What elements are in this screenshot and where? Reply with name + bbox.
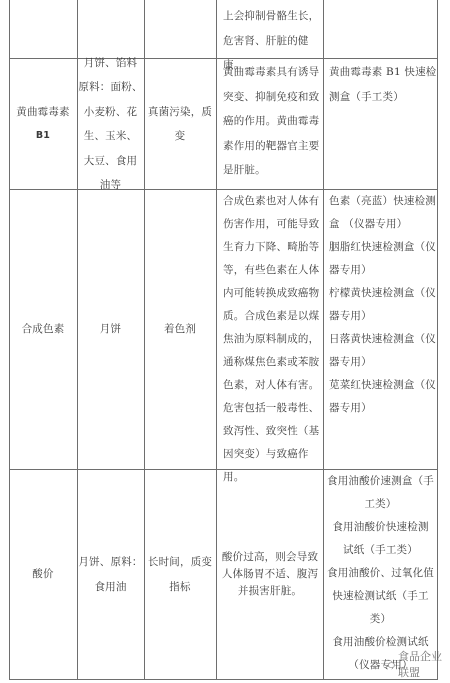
food-line: 月饼: [100, 317, 121, 342]
item-name: B1: [36, 124, 50, 149]
item-name: 合成色素: [22, 317, 65, 342]
item-name: 黄曲霉毒素: [16, 100, 70, 125]
product-line: 器专用）: [329, 397, 437, 420]
food-cell: 月饼、馅料 原料：面粉、 小麦粉、花 生、玉米、 大豆、食用 油等: [77, 59, 144, 189]
product-line: 食用油酸价、过氧化值: [327, 562, 434, 585]
hazard-line: 黄曲霉毒素具有诱导: [223, 60, 323, 85]
product-line: 黄曲霉毒素 B1 快速检: [329, 60, 437, 85]
hazard-line: 癌的作用。黄曲霉毒: [223, 109, 323, 134]
product-line: 工类）: [364, 493, 396, 516]
hazard-line: 伤害作用，可能导致: [223, 213, 323, 236]
cause-line: 变: [175, 124, 186, 149]
hazard-line: 致泻性、致突性（基: [223, 420, 323, 443]
product-line: 色素（亮蓝）快速检测: [329, 190, 437, 213]
hazard-line: 是肝脏。: [223, 158, 323, 183]
products-cell: 色素（亮蓝）快速检测 盒 （仪器专用） 胭脂红快速检测盒（仪 器专用） 柠檬黄快…: [329, 190, 437, 420]
cause-cell: 长时间，质变 指标: [144, 470, 216, 679]
hazard-line: 焦油为原料制成的，: [223, 328, 323, 351]
hazard-line: 突变、抑制免疫和致: [223, 85, 323, 110]
product-line: 柠檬黄快速检测盒（仪: [329, 282, 437, 305]
cause-line: 着色剂: [164, 317, 196, 342]
hazard-line: 等，有些色素在人体: [223, 259, 323, 282]
item-cell: 酸价: [9, 470, 77, 679]
hazard-line: 色素，对人体有害。: [223, 374, 323, 397]
food-cell: 月饼、原料： 食用油: [77, 470, 144, 679]
product-line: 快速检测试纸（手工: [332, 585, 428, 608]
cause-line: 指标: [169, 575, 190, 600]
hazard-cell: 酸价过高，则会导致 人体肠胃不适、腹泻 并损害肝脏。: [217, 470, 323, 679]
hazard-cell: 合成色素也对人体有 伤害作用，可能导致 生育力下降、畸胎等 等，有些色素在人体 …: [223, 190, 323, 489]
product-line: 食用油酸价快速检测: [332, 516, 428, 539]
table-border: [437, 0, 438, 680]
hazard-line: 人体肠胃不适、腹泻: [222, 566, 318, 583]
product-line: 食用油酸价速测盒（手: [327, 470, 434, 493]
product-line: 器专用）: [329, 351, 437, 374]
hazard-line: 素作用的靶器官主要: [223, 134, 323, 159]
food-line: 月饼、馅料: [84, 51, 138, 76]
product-line: 测盒（手工类）: [329, 85, 437, 110]
food-line: 原料：面粉、: [78, 75, 142, 100]
product-line: 器专用）: [329, 305, 437, 328]
product-line: 类）: [370, 608, 391, 631]
watermark: 食品企业联盟: [384, 648, 450, 680]
hazard-line: 危害包括一般毒性、: [223, 397, 323, 420]
wechat-icon: [384, 658, 395, 670]
product-line: 胭脂红快速检测盒（仪: [329, 236, 437, 259]
food-line: 月饼、原料：: [78, 550, 142, 575]
product-line: 盒 （仪器专用）: [329, 213, 437, 236]
hazard-line: 生育力下降、畸胎等: [223, 236, 323, 259]
item-cell: 黄曲霉毒素 B1: [9, 59, 77, 189]
food-line: 大豆、食用: [84, 149, 138, 174]
hazard-cell: 黄曲霉毒素具有诱导 突变、抑制免疫和致 癌的作用。黄曲霉毒 素作用的靶器官主要 …: [223, 60, 323, 183]
food-line: 生、玉米、: [84, 124, 138, 149]
hazard-line: 酸价过高，则会导致: [222, 549, 318, 566]
item-cell: 合成色素: [9, 190, 77, 469]
product-line: 器专用）: [329, 259, 437, 282]
product-line: 日落黄快速检测盒（仪: [329, 328, 437, 351]
hazard-line: 通称煤焦色素或苯胺: [223, 351, 323, 374]
hazard-line: 内可能转换成致癌物: [223, 282, 323, 305]
hazard-line: 质。合成色素是以煤: [223, 305, 323, 328]
cause-cell: 真菌污染，质 变: [144, 59, 216, 189]
products-cell: 黄曲霉毒素 B1 快速检 测盒（手工类）: [329, 60, 437, 109]
table-border: [9, 679, 438, 680]
cause-line: 真菌污染，质: [148, 100, 212, 125]
food-safety-table: 上会抑制骨骼生长， 危害肾、肝脏的健康。 黄曲霉毒素 B1 月饼、馅料 原料：面…: [9, 0, 438, 680]
hazard-line: 合成色素也对人体有: [223, 190, 323, 213]
product-line: 苋菜红快速检测盒（仪: [329, 374, 437, 397]
food-line: 食用油: [94, 575, 126, 600]
item-name: 酸价: [32, 562, 53, 587]
cause-line: 长时间，质变: [148, 550, 212, 575]
food-cell: 月饼: [77, 190, 144, 469]
food-line: 小麦粉、花: [84, 100, 138, 125]
hazard-line: 并损害肝脏。: [238, 583, 302, 600]
hazard-line: 上会抑制骨骼生长，: [223, 4, 323, 29]
cause-cell: 着色剂: [144, 190, 216, 469]
watermark-text: 食品企业联盟: [398, 648, 450, 680]
product-line: 试纸（手工类）: [343, 539, 418, 562]
